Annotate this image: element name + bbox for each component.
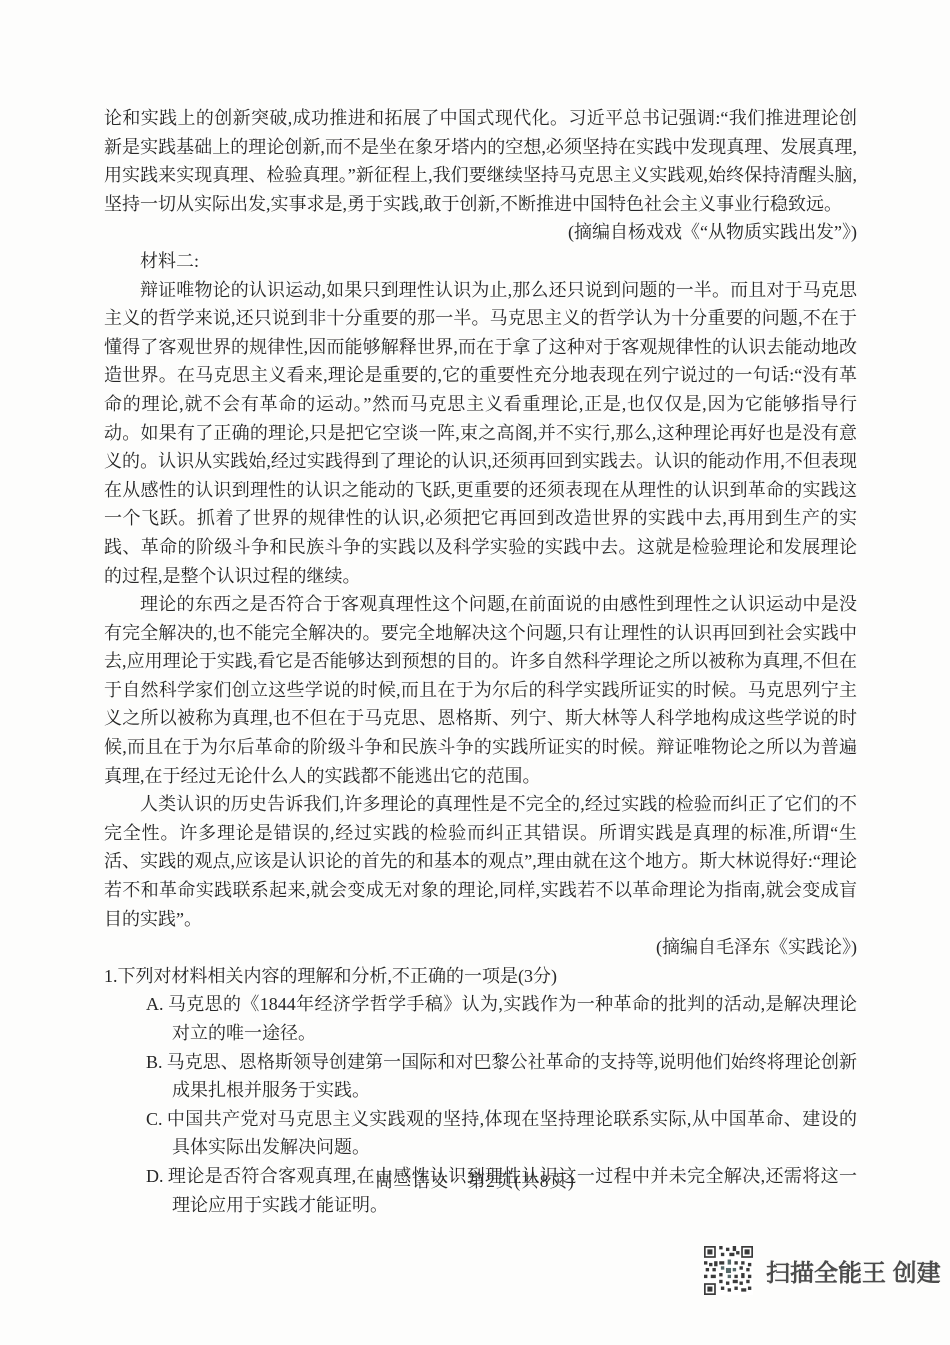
material-2-paragraph: 理论的东西之是否符合于客观真理性这个问题,在前面说的由感性到理性之认识运动中是没… <box>104 590 857 790</box>
option-text: 中国共产党对马克思主义实践观的坚持,体现在坚持理论联系实际,从中国革命、建设的具… <box>167 1109 857 1158</box>
material-2-paragraph: 辩证唯物论的认识运动,如果只到理性认识为止,那么还只说到问题的一半。而且对于马克… <box>104 276 857 591</box>
watermark-text: 扫描全能王 创建 <box>766 1253 941 1288</box>
material-1-citation: (摘编自杨戏戏《“从物质实践出发”》) <box>104 218 857 247</box>
option-text: 马克思、恩格斯领导创建第一国际和对巴黎公社革命的支持等,说明他们始终将理论创新成… <box>167 1052 857 1101</box>
question-1-stem: 1.下列对材料相关内容的理解和分析,不正确的一项是(3分) <box>104 962 857 991</box>
question-1-option-b: B.马克思、恩格斯领导创建第一国际和对巴黎公社革命的支持等,说明他们始终将理论创… <box>104 1048 857 1105</box>
option-text: 马克思的《1844年经济学哲学手稿》认为,实践作为一种革命的批判的活动,是解决理… <box>168 994 858 1043</box>
option-label: B. <box>146 1052 163 1072</box>
material-2-heading: 材料二: <box>104 247 857 276</box>
option-label: C. <box>146 1109 163 1129</box>
exam-paper-page: 论和实践上的创新突破,成功推进和拓展了中国式现代化。习近平总书记强调:“我们推进… <box>0 0 950 1345</box>
material-2-citation: (摘编自毛泽东《实践论》) <box>104 933 857 962</box>
question-1-option-c: C.中国共产党对马克思主义实践观的坚持,体现在坚持理论联系实际,从中国革命、建设… <box>104 1105 857 1162</box>
continuation-paragraph: 论和实践上的创新突破,成功推进和拓展了中国式现代化。习近平总书记强调:“我们推进… <box>104 104 857 218</box>
question-1-option-a: A.马克思的《1844年经济学哲学手稿》认为,实践作为一种革命的批判的活动,是解… <box>104 990 857 1047</box>
scanner-watermark: 扫描全能王 创建 <box>704 1246 941 1295</box>
page-body-text: 论和实践上的创新突破,成功推进和拓展了中国式现代化。习近平总书记强调:“我们推进… <box>104 104 857 1219</box>
page-footer: 高二语文 第2页(共8页) <box>0 1168 950 1193</box>
option-label: A. <box>146 994 164 1014</box>
qr-code-icon <box>704 1246 753 1295</box>
material-2-paragraph: 人类认识的历史告诉我们,许多理论的真理性是不完全的,经过实践的检验而纠正了它们的… <box>104 790 857 933</box>
